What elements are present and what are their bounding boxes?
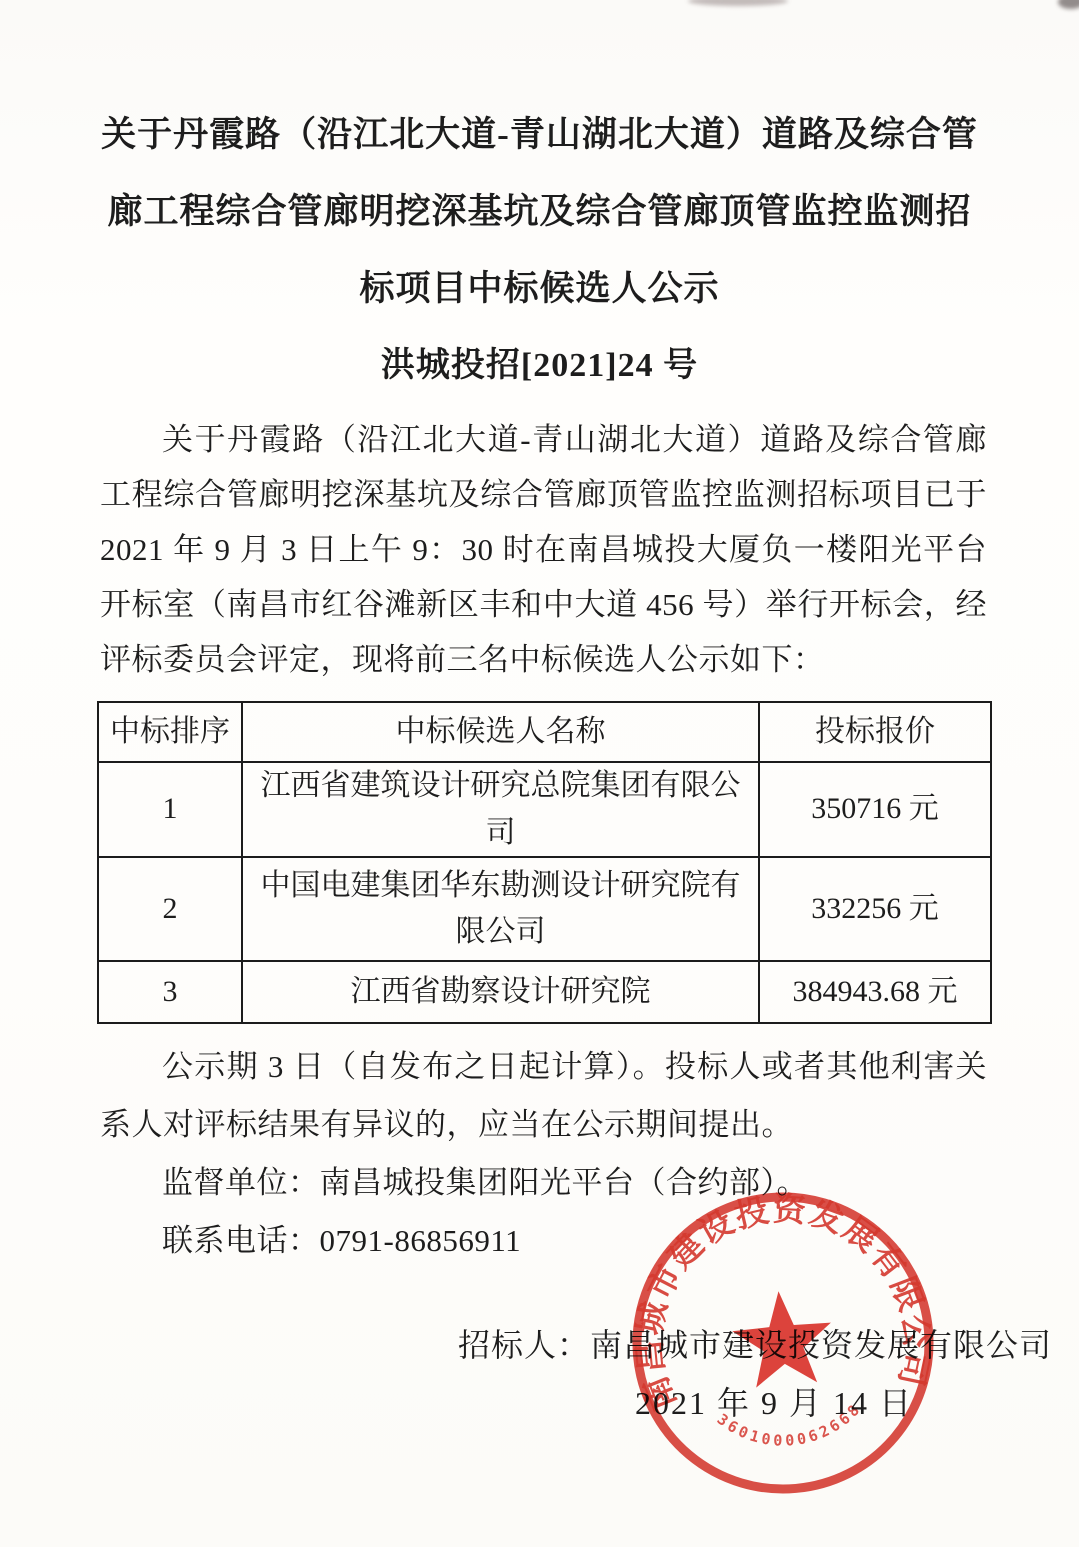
supervisor-line: 监督单位：南昌城投集团阳光平台（合约部）。	[100, 1154, 987, 1212]
price-cell: 332256 元	[759, 857, 991, 961]
name-cell: 江西省勘察设计研究院	[242, 961, 759, 1023]
rank-cell: 1	[98, 762, 242, 857]
phone-line: 联系电话：0791-86856911	[100, 1212, 987, 1270]
document-page: 关于丹霞路（沿江北大道-青山湖北大道）道路及综合管 廊工程综合管廊明挖深基坑及综…	[0, 0, 1079, 1547]
rank-cell: 2	[98, 857, 242, 961]
header-bid-price: 投标报价	[759, 702, 991, 762]
tenderer-line: 招标人：南昌城市建设投资发展有限公司	[458, 1316, 1079, 1374]
name-cell: 江西省建筑设计研究总院集团有限公司	[242, 762, 759, 857]
bid-candidates-table: 中标排序 中标候选人名称 投标报价 1 江西省建筑设计研究总院集团有限公司 35…	[97, 701, 992, 1024]
doc-number: 洪城投招[2021]24 号	[0, 327, 1079, 404]
notice-paragraph: 公示期 3 日（自发布之日起计算）。投标人或者其他利害关系人对评标结果有异议的，…	[100, 1038, 987, 1154]
doc-title-line-1: 关于丹霞路（沿江北大道-青山湖北大道）道路及综合管	[0, 96, 1079, 173]
doc-title-line-3: 标项目中标候选人公示	[0, 250, 1079, 327]
header-rank: 中标排序	[98, 702, 242, 762]
price-cell: 350716 元	[759, 762, 991, 857]
date-line: 2021 年 9 月 14 日	[635, 1374, 1079, 1432]
table-row: 2 中国电建集团华东勘测设计研究院有限公司 332256 元	[98, 857, 991, 961]
name-cell: 中国电建集团华东勘测设计研究院有限公司	[242, 857, 759, 961]
table-header-row: 中标排序 中标候选人名称 投标报价	[98, 702, 991, 762]
intro-paragraph: 关于丹霞路（沿江北大道-青山湖北大道）道路及综合管廊工程综合管廊明挖深基坑及综合…	[100, 412, 987, 687]
tenderer-name: 南昌城市建设投资发展有限公司	[590, 1327, 1052, 1363]
tenderer-label: 招标人：	[458, 1327, 590, 1363]
document-content: 关于丹霞路（沿江北大道-青山湖北大道）道路及综合管 廊工程综合管廊明挖深基坑及综…	[0, 0, 1079, 1432]
rank-cell: 3	[98, 961, 242, 1023]
price-cell: 384943.68 元	[759, 961, 991, 1023]
table-row: 1 江西省建筑设计研究总院集团有限公司 350716 元	[98, 762, 991, 857]
doc-title-line-2: 廊工程综合管廊明挖深基坑及综合管廊顶管监控监测招	[0, 173, 1079, 250]
header-candidate-name: 中标候选人名称	[242, 702, 759, 762]
table-row: 3 江西省勘察设计研究院 384943.68 元	[98, 961, 991, 1023]
